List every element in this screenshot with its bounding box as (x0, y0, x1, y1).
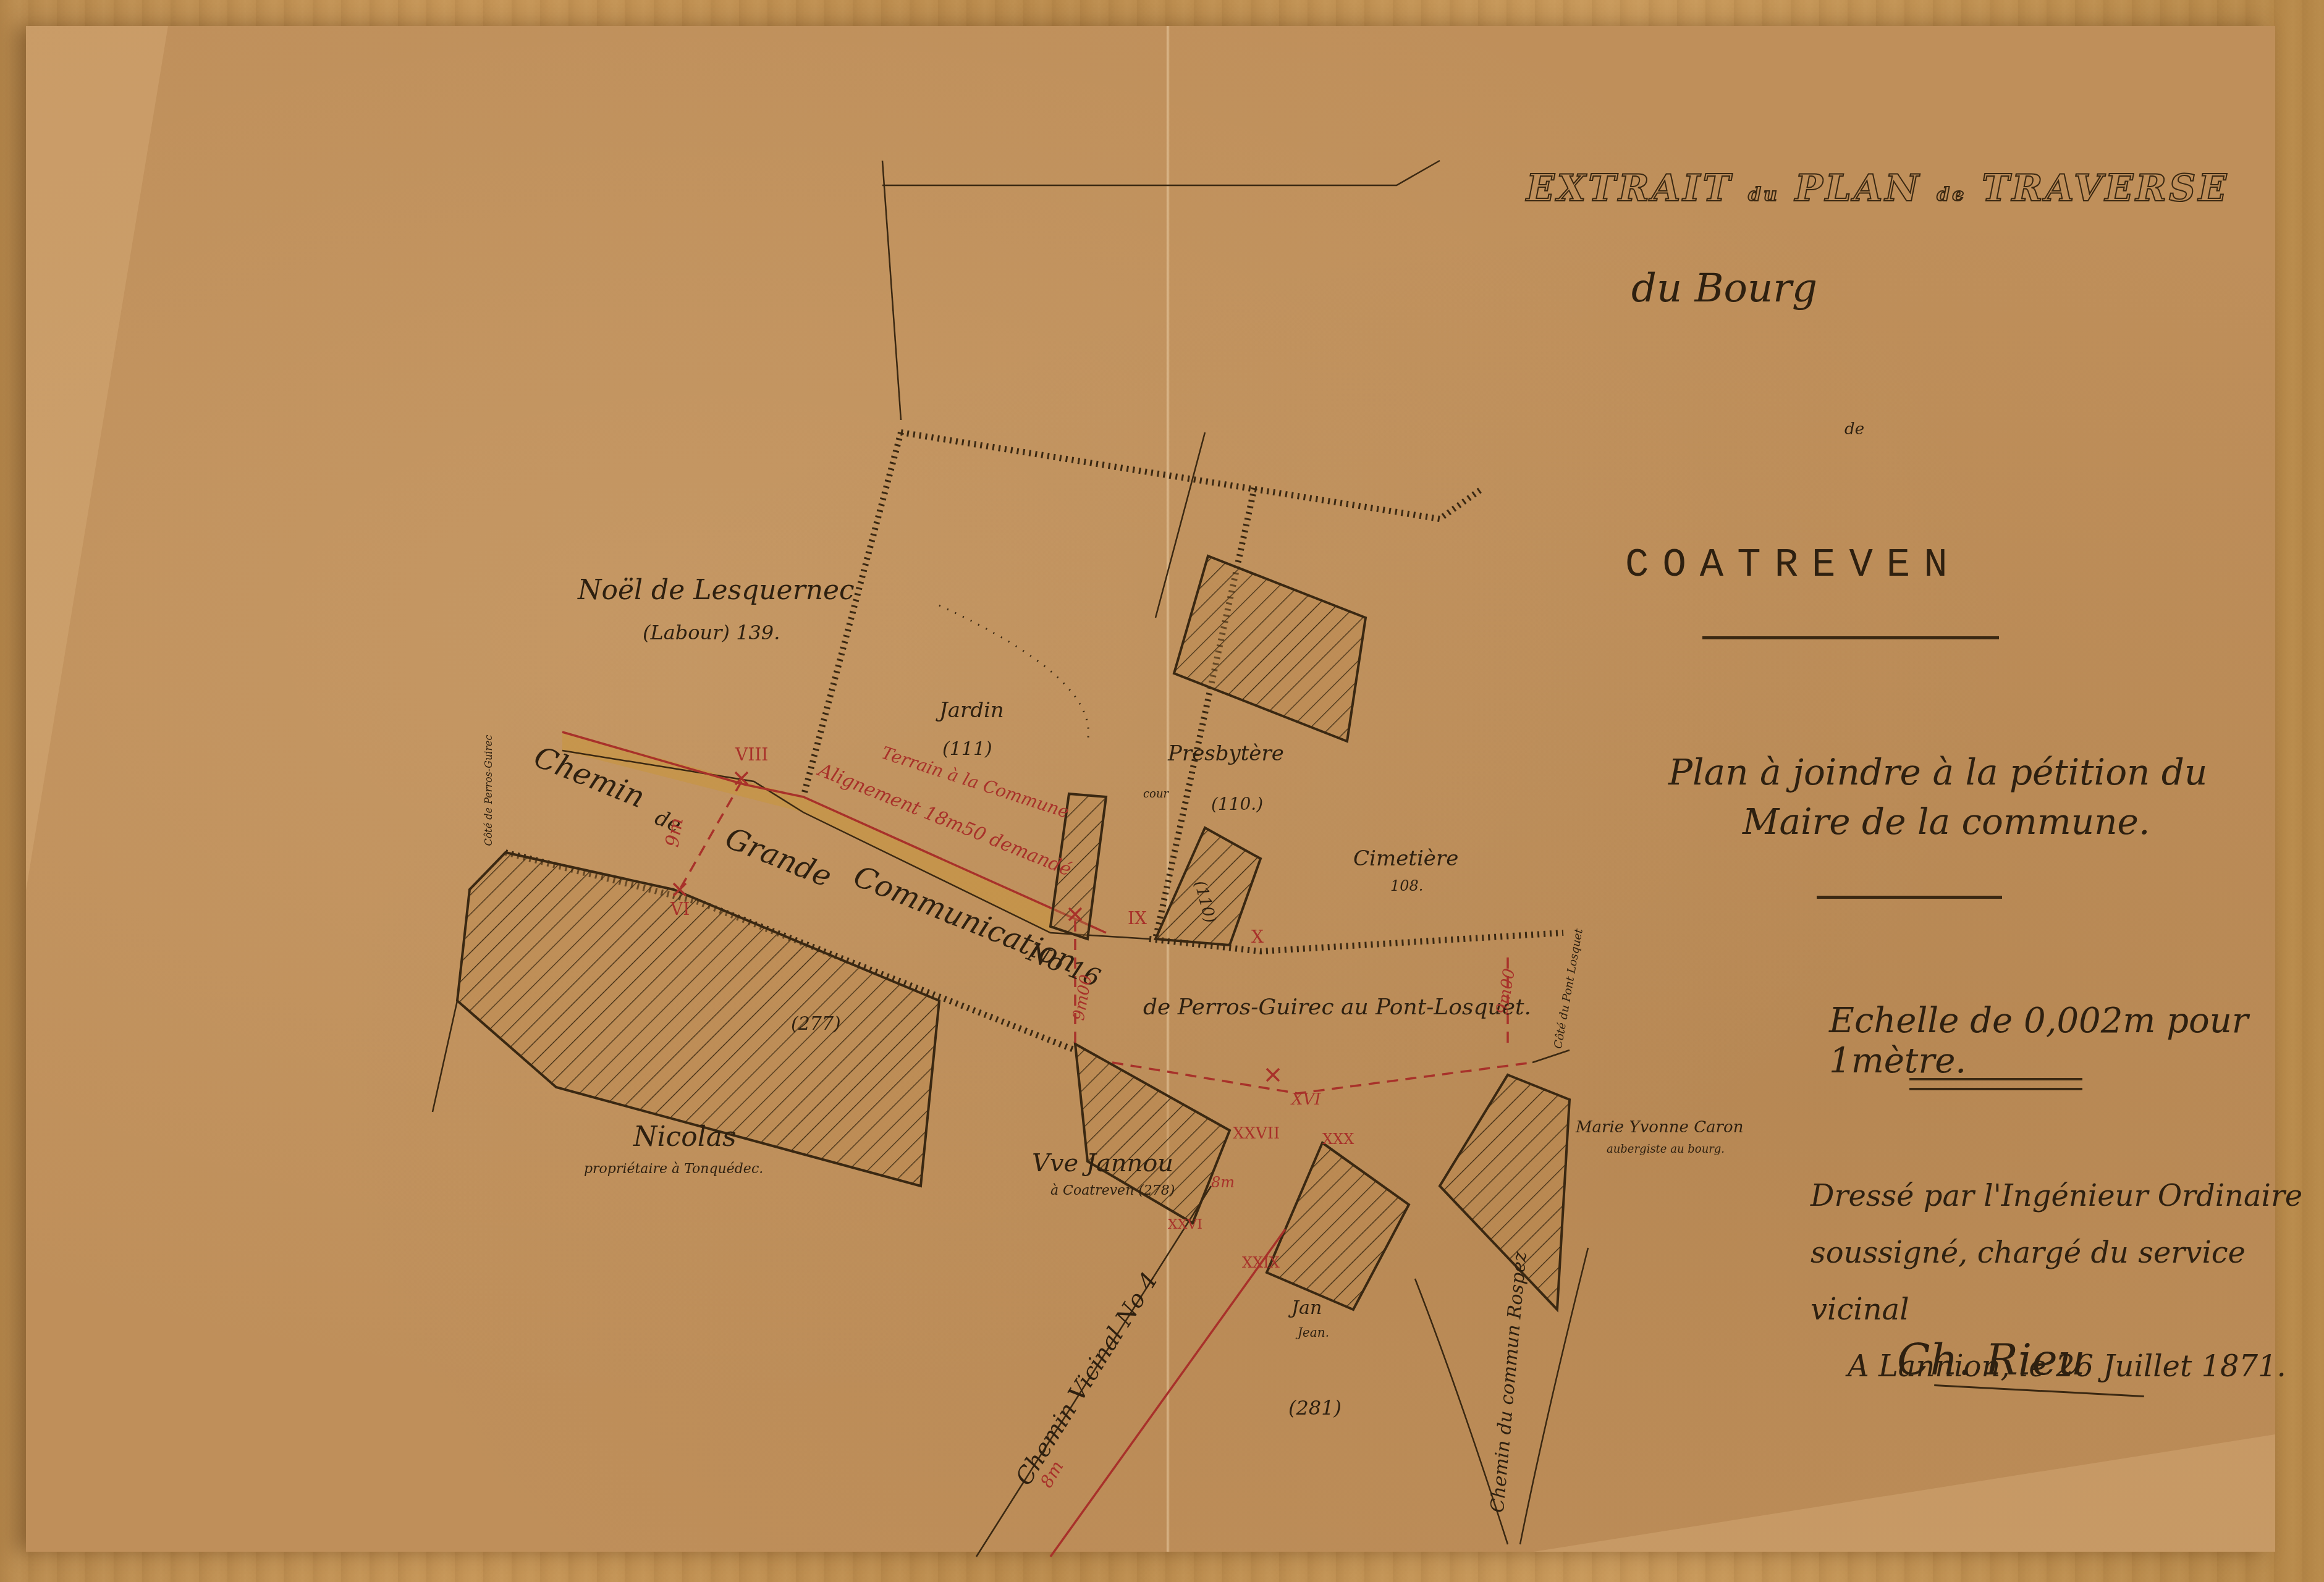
survey-point-ix: IX (1128, 908, 1147, 928)
label-caron-sub: aubergiste au bourg. (1607, 1143, 1725, 1156)
parcel-boundaries (803, 161, 1483, 939)
label-jannou-sub: à Coatreven (278) (1050, 1183, 1175, 1198)
title-part-de: de (1937, 184, 1966, 206)
label-noel-parcel: (Labour) 139. (643, 621, 780, 644)
divider-rule-1 (1702, 636, 1999, 639)
survey-point-vi: VI (670, 899, 690, 919)
survey-point-xxx: XXX (1322, 1130, 1354, 1148)
commune-name: COATREVEN (1625, 544, 1961, 588)
label-cimetiere: Cimetière (1353, 846, 1458, 871)
divider-double-rule (1909, 1078, 2082, 1090)
title-part-traverse: TRAVERSE (1982, 167, 2229, 210)
survey-point-viii: VIII (735, 744, 768, 765)
survey-point-xxix: XXIX (1242, 1254, 1280, 1271)
label-jan-sub: Jean. (1298, 1325, 1329, 1340)
author-line2: soussigné, chargé du service vicinal (1811, 1224, 2324, 1338)
survey-point-xvi: XVI (1291, 1090, 1321, 1109)
label-parcel-281: (281) (1288, 1396, 1342, 1420)
label-caron: Marie Yvonne Caron (1576, 1118, 1743, 1137)
document-title: EXTRAIT du PLAN de TRAVERSE (1526, 167, 2229, 210)
subtitle-bourg: du Bourg (1631, 266, 1817, 311)
label-jannou: Vve Jannou (1032, 1149, 1173, 1177)
label-side-perros: Côté de Perros-Guirec (483, 735, 494, 846)
label-presbytere-parcel: (110.) (1211, 794, 1263, 814)
divider-rule-2 (1817, 896, 2002, 899)
label-presbytere-cour: cour (1143, 788, 1168, 801)
title-part-extrait: EXTRAIT (1526, 167, 1733, 210)
subtitle-de: de (1844, 420, 1864, 439)
title-part-plan: PLAN (1795, 167, 1922, 210)
label-presbytere: Presbytère (1168, 741, 1284, 766)
survey-point-x: X (1251, 927, 1264, 947)
survey-point-xxvi: XXVI (1168, 1217, 1202, 1232)
title-part-du: du (1748, 184, 1780, 206)
label-jardin-parcel: (111) (942, 738, 992, 760)
label-nicolas: Nicolas (633, 1121, 737, 1153)
label-jan: Jan (1291, 1297, 1322, 1319)
dimension-jannou-gap: 8m (1211, 1174, 1235, 1191)
plan-description-line1: Plan à joindre à la pétition du (1668, 747, 2207, 797)
label-cimetiere-parcel: 108. (1390, 877, 1423, 894)
label-noel-owner: Noël de Lesquernec (578, 574, 855, 606)
plan-description: Plan à joindre à la pétition du Maire de… (1668, 747, 2207, 846)
survey-point-xxvii: XXVII (1233, 1124, 1280, 1143)
label-jardin: Jardin (939, 698, 1004, 723)
plan-description-line2: Maire de la commune. (1668, 797, 2207, 846)
label-nicolas-sub: propriétaire à Tonquédec. (584, 1161, 763, 1177)
label-parcel-277: (277) (791, 1013, 841, 1035)
scale-note: Echelle de 0,002m pour 1mètre. (1829, 1001, 2324, 1081)
label-road-route: de Perros-Guirec au Pont-Losquet. (1143, 995, 1531, 1020)
engineer-signature: Ch. Rieu (1897, 1334, 2085, 1385)
author-line1: Dressé par l'Ingénieur Ordinaire (1811, 1168, 2324, 1224)
